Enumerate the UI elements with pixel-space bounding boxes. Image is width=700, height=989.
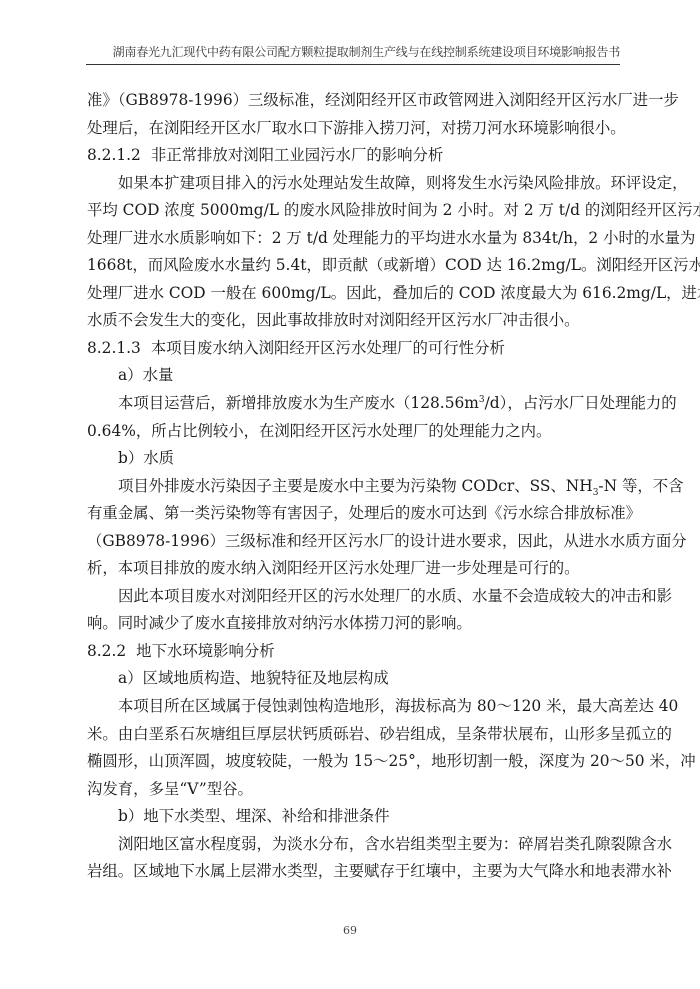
paragraph-line: 处理后，在浏阳经开区水厂取水口下游排入捞刀河，对捞刀河水环境影响很小。	[87, 115, 619, 143]
paragraph-line: 有重金属、第一类污染物等有害因子，处理后的废水可达到《污水综合排放标准》	[87, 500, 619, 528]
paragraph-line: 沟发育，多呈“V”型谷。	[87, 776, 619, 804]
paragraph-line: 因此本项目废水对浏阳经开区的污水处理厂的水质、水量不会造成较大的冲击和影	[87, 583, 619, 611]
paragraph-line: （GB8978-1996）三级标准和经开区污水厂的设计进水要求，因此，从进水水质…	[87, 528, 619, 556]
paragraph-line: 平均 COD 浓度 5000mg/L 的废水风险排放时间为 2 小时。对 2 万…	[87, 197, 619, 225]
subsection-label: b）地下水类型、埋深、补给和排泄条件	[87, 803, 619, 831]
paragraph-line: 项目外排废水污染因子主要是废水中主要为污染物 CODcr、SS、NH3-N 等，…	[87, 473, 619, 501]
paragraph-line: 处理厂进水水质影响如下：2 万 t/d 处理能力的平均进水水量为 834t/h，…	[87, 225, 619, 253]
header-divider	[86, 64, 620, 65]
text-segment: 项目外排废水污染因子主要是废水中主要为污染物 CODcr、SS、NH	[118, 477, 593, 495]
paragraph-line: 准》（GB8978-1996）三级标准，经浏阳经开区市政管网进入浏阳经开区污水厂…	[87, 87, 619, 115]
paragraph-line: 米。由白垩系石灰塘组巨厚层状钙质砾岩、砂岩组成，呈条带状展布，山形多呈孤立的	[87, 721, 619, 749]
section-heading-8-2-2: 8.2.2地下水环境影响分析	[87, 638, 619, 666]
text-segment: 本项目运营后，新增排放废水为生产废水（128.56m	[118, 394, 479, 412]
section-number: 8.2.2	[87, 638, 126, 666]
subsection-label: b）水质	[87, 445, 619, 473]
paragraph-line: 水质不会发生大的变化，因此事故排放时对浏阳经开区污水厂冲击很小。	[87, 307, 619, 335]
paragraph-line: 本项目所在区域属于侵蚀剥蚀构造地形，海拔标高为 80～120 米，最大高差达 4…	[87, 693, 619, 721]
document-body: 准》（GB8978-1996）三级标准，经浏阳经开区市政管网进入浏阳经开区污水厂…	[87, 87, 619, 886]
section-heading-8-2-1-3: 8.2.1.3本项目废水纳入浏阳经开区污水处理厂的可行性分析	[87, 335, 619, 363]
section-title: 地下水环境影响分析	[136, 642, 275, 660]
paragraph-line: 岩组。区域地下水属上层滞水类型，主要赋存于红壤中，主要为大气降水和地表滞水补	[87, 858, 619, 886]
paragraph-line: 浏阳地区富水程度弱，为淡水分布，含水岩组类型主要为：碎屑岩类孔隙裂隙含水	[87, 831, 619, 859]
section-title: 非正常排放对浏阳工业园污水厂的影响分析	[151, 146, 443, 164]
paragraph-line: 析，本项目排放的废水纳入浏阳经开区污水处理厂进一步处理是可行的。	[87, 555, 619, 583]
text-segment: -N 等，不含	[598, 477, 683, 495]
text-segment: /d），占污水厂日处理能力的	[485, 394, 677, 412]
paragraph-line: 如果本扩建项目排入的污水处理站发生故障，则将发生水污染风险排放。环评设定，	[87, 170, 619, 198]
paragraph-line: 椭圆形，山顶浑圆，坡度较陡，一般为 15～25°，地形切割一般，深度为 20～5…	[87, 748, 619, 776]
subsection-label: a）区域地质构造、地貌特征及地层构成	[87, 665, 619, 693]
running-header: 湖南春光九汇现代中药有限公司配方颗粒提取制剂生产线与在线控制系统建设项目环境影响…	[86, 44, 620, 64]
paragraph-line: 本项目运营后，新增排放废水为生产废水（128.56m3/d），占污水厂日处理能力…	[87, 390, 619, 418]
section-number: 8.2.1.2	[87, 142, 141, 170]
paragraph-line: 响。同时减少了废水直接排放对纳污水体捞刀河的影响。	[87, 610, 619, 638]
subsection-label: a）水量	[87, 362, 619, 390]
paragraph-line: 处理厂进水 COD 一般在 600mg/L。因此，叠加后的 COD 浓度最大为 …	[87, 280, 619, 308]
paragraph-line: 1668t，而风险废水水量约 5.4t，即贡献（或新增）COD 达 16.2mg…	[87, 252, 619, 280]
section-heading-8-2-1-2: 8.2.1.2非正常排放对浏阳工业园污水厂的影响分析	[87, 142, 619, 170]
section-number: 8.2.1.3	[87, 335, 141, 363]
section-title: 本项目废水纳入浏阳经开区污水处理厂的可行性分析	[151, 339, 505, 357]
paragraph-line: 0.64%，所占比例较小，在浏阳经开区污水处理厂的处理能力之内。	[87, 418, 619, 446]
page-number: 69	[0, 924, 700, 937]
